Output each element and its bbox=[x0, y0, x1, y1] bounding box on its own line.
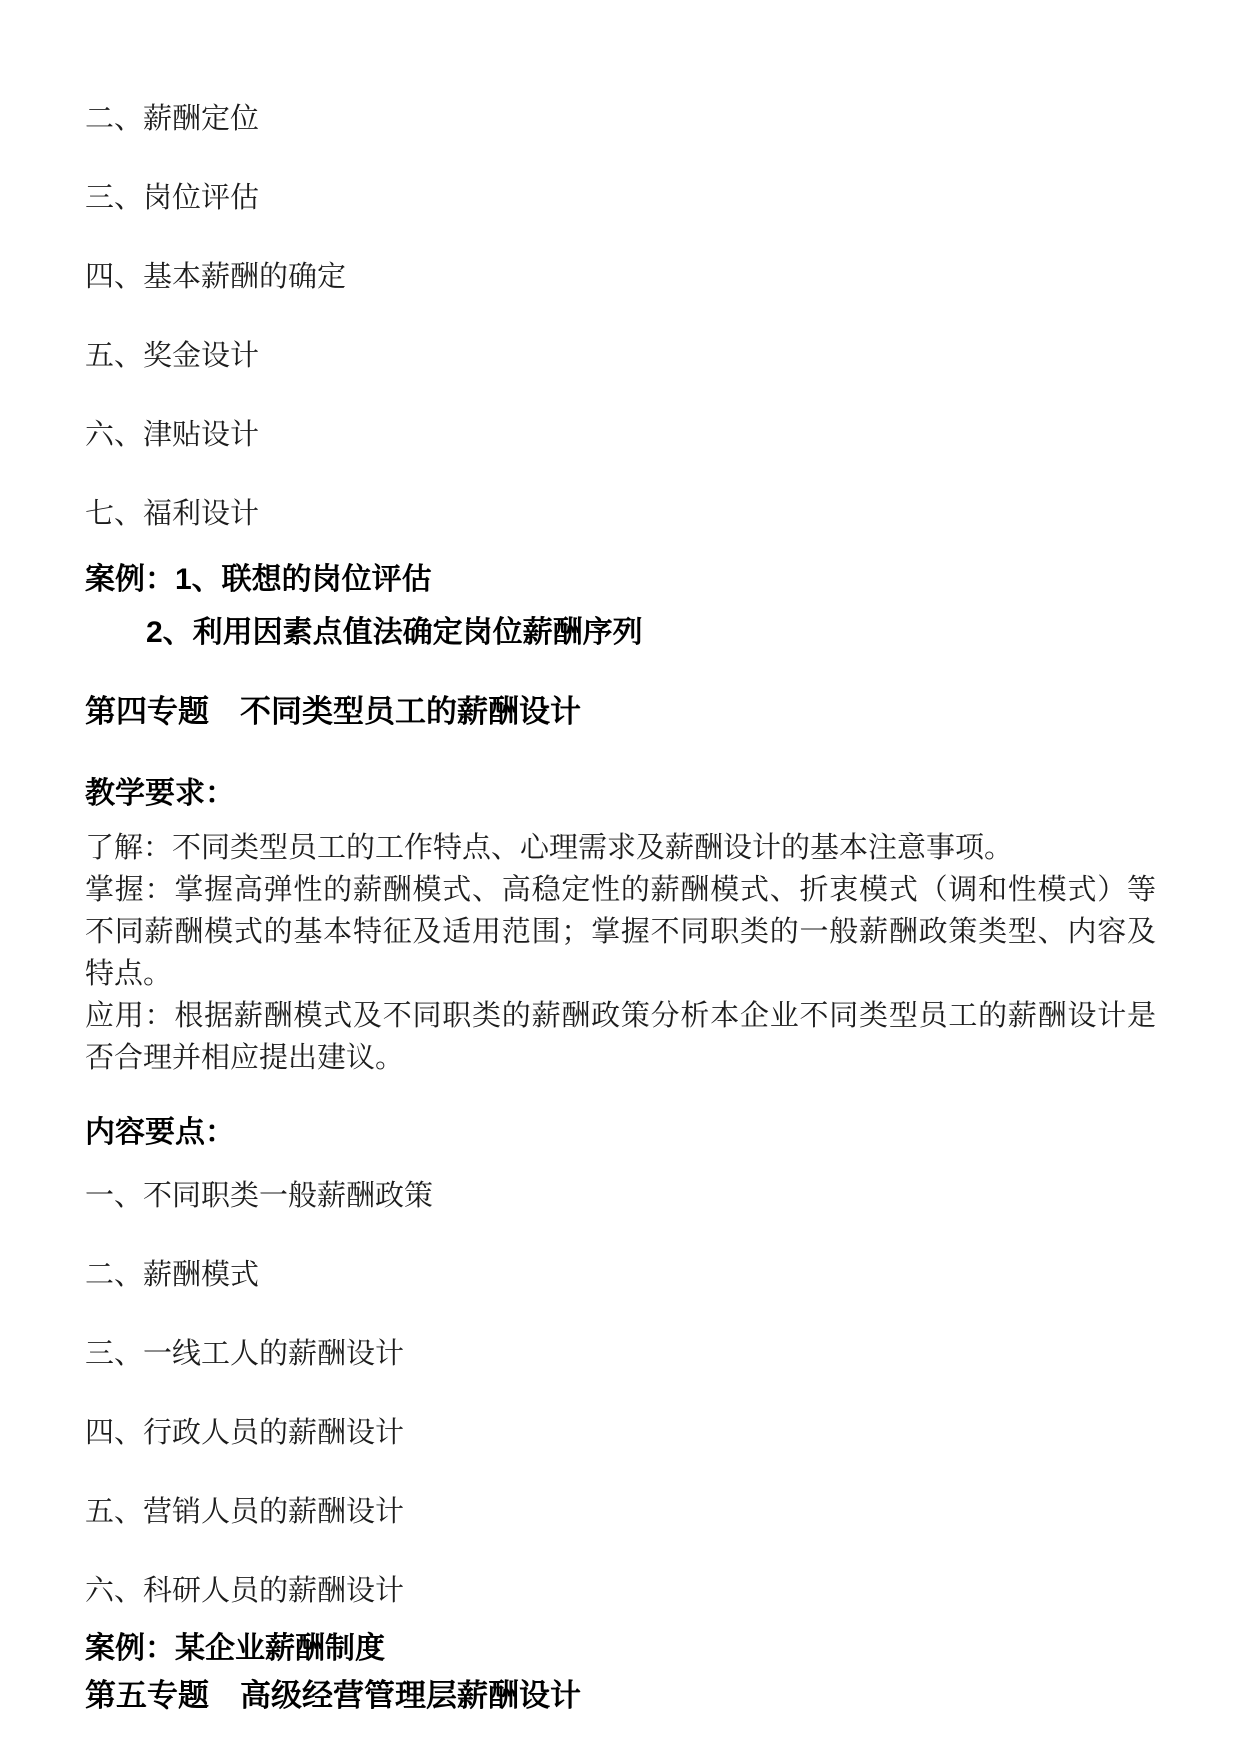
outline-item: 三、岗位评估 bbox=[85, 182, 1156, 215]
case-item-2: 2、利用因素点值法确定岗位薪酬序列 bbox=[85, 616, 1156, 650]
teaching-requirements-heading: 教学要求： bbox=[85, 777, 1156, 811]
case-heading-topic4: 案例：某企业薪酬制度 bbox=[85, 1632, 1156, 1666]
document-page: 二、薪酬定位 三、岗位评估 四、基本薪酬的确定 五、奖金设计 六、津贴设计 七、… bbox=[0, 0, 1241, 1754]
outline-item: 五、奖金设计 bbox=[85, 340, 1156, 373]
teaching-paragraph-master: 掌握：掌握高弹性的薪酬模式、高稳定性的薪酬模式、折衷模式（调和性模式）等不同薪酬… bbox=[85, 869, 1156, 995]
outline-item: 六、津贴设计 bbox=[85, 419, 1156, 452]
case-heading-topic3: 案例：1、联想的岗位评估 bbox=[85, 563, 1156, 597]
content-item: 四、行政人员的薪酬设计 bbox=[85, 1417, 1156, 1450]
content-item: 六、科研人员的薪酬设计 bbox=[85, 1575, 1156, 1608]
outline-item: 二、薪酬定位 bbox=[85, 103, 1156, 136]
outline-item: 四、基本薪酬的确定 bbox=[85, 261, 1156, 294]
teaching-paragraph-understand: 了解：不同类型员工的工作特点、心理需求及薪酬设计的基本注意事项。 bbox=[85, 827, 1156, 869]
topic5-title: 第五专题 高级经营管理层薪酬设计 bbox=[85, 1678, 1156, 1713]
content-item: 二、薪酬模式 bbox=[85, 1259, 1156, 1292]
teaching-paragraph-apply: 应用：根据薪酬模式及不同职类的薪酬政策分析本企业不同类型员工的薪酬设计是否合理并… bbox=[85, 995, 1156, 1079]
topic4-title: 第四专题 不同类型员工的薪酬设计 bbox=[85, 694, 1156, 729]
outline-item: 七、福利设计 bbox=[85, 498, 1156, 531]
content-item: 一、不同职类一般薪酬政策 bbox=[85, 1180, 1156, 1213]
content-item: 三、一线工人的薪酬设计 bbox=[85, 1338, 1156, 1371]
content-item: 五、营销人员的薪酬设计 bbox=[85, 1496, 1156, 1529]
content-points-heading: 内容要点： bbox=[85, 1116, 1156, 1150]
